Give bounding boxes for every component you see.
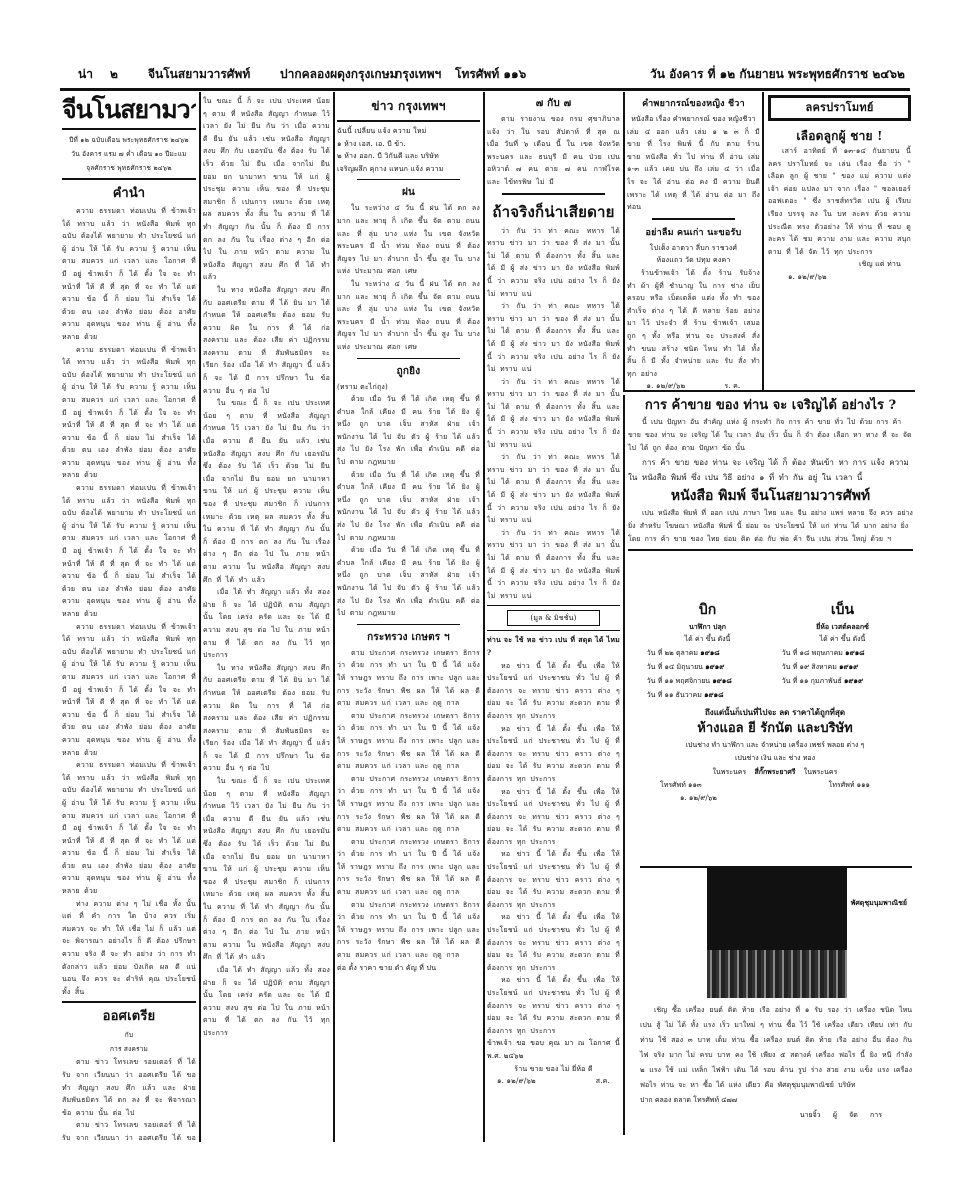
row-label: วัน ที่ ๑๘ พฤษภาคม	[782, 649, 843, 657]
sign-title: ผู้ จัด การ	[833, 1111, 882, 1119]
ad-old-friend-sub: โปเต็ง อาตวา ลี่บก ราชวงศ์	[627, 242, 760, 255]
shot-title: ถูกยิง	[337, 363, 480, 381]
engine-body: เชิญ ซื้อ เครื่อง ยนต์ ติด ท้าย เรือ อย่…	[640, 1003, 912, 1093]
shop-phones: โทรศัพท์ ๑๑๓ โทรศัพท์ ๑๑๑	[640, 779, 910, 792]
austria-title: ออศเตรีย	[62, 1006, 196, 1028]
column-bangkok-news: ข่าว กรุงเทพฯ ฉันนี้ เปลี่ยน แจ้ง ความ ใ…	[337, 95, 480, 1135]
bangkok-news-title: ข่าว กรุงเทพฯ	[337, 95, 480, 117]
regret-body: ว่า กัน ว่า ท่า คณะ ทหาร ได้ ทราบ ข่าว ม…	[487, 225, 620, 301]
ministry-title: กระทรวง เกษตร ฯ	[337, 629, 480, 647]
shot-body: ด้วย เมื่อ วัน ที่ ได้ เกิด เหตุ ขึ้น ที…	[337, 393, 480, 469]
trade-body: เปน หนังสือ พิมพ์ ที่ ออก เปน ภาษา ไทย แ…	[628, 507, 913, 546]
row-label: วัน ที่ ๑๑ พฤศจิกายน	[647, 677, 710, 685]
header-telephone: โทรศัพท์ ๑๑๖	[455, 65, 526, 84]
header-paper-name: จีนโนสยามวารศัพท์	[148, 65, 250, 84]
footer-line: ข้าพเจ้า ขอ ขอบ คุณ มา ณ โอกาศ นี้ พ.ศ. …	[487, 1037, 620, 1062]
theatre-body: เสาร์ อาทิตย์ ที่ ๑๓-๑๔ กันยายน นี้ ลคร …	[768, 145, 911, 258]
rain-body: ใน ระหว่าง ๔ วัน นี้ ฝน ได้ ตก ลง มาก แล…	[337, 202, 480, 278]
masthead-line: ปีที่ ๑๒ ฉบับเดือน พระพุทธศักราช ๒๔๖๒	[62, 133, 196, 147]
shot-intro: (ทราม ตะไก่ถุง)	[337, 381, 480, 394]
article-body: เมื่อ ได้ ทำ สัญญา แล้ว ทั้ง สอง ฝ่าย ก็…	[203, 964, 330, 1040]
editorial-body: ความ ธรรมดา ท่อมเปน ที่ ข้าพเจ้า ได้ ทรา…	[62, 344, 196, 483]
divider	[652, 218, 735, 220]
shop-location: ในพระนคร สี่กั๊กพระยาศรี ในพระนคร	[640, 765, 910, 779]
editorial-body-2: ท่าง ความ ต่าง ๆ ไม่ เชื่อ ทั้ง นั้น แต่…	[62, 898, 196, 999]
divider	[357, 358, 460, 359]
page-label: น่า	[78, 65, 93, 84]
location-right: ในพระนคร	[804, 768, 838, 776]
footer-code: ส.ค.	[596, 1075, 610, 1088]
clock-advertisement: บิก เบ็น นาฬิกา ปลุก ยี่ห้อ เวสต์คลอกซ์ …	[640, 600, 910, 805]
austria-sub2: การ สงคราม	[62, 1042, 196, 1056]
regret-body: ว่า กัน ว่า ท่า คณะ ทหาร ได้ ทราบ ข่าว ม…	[487, 451, 620, 527]
engine-address: ปาก คลอง ตลาด โทรศัพท์ ๔๗๗	[640, 1093, 912, 1108]
rain-body: ใน ระหว่าง ๔ วัน นี้ ฝน ได้ ตก ลง มาก แล…	[337, 278, 480, 354]
ministry-body: ตาม ประกาศ กระทรวง เกษตรา ธิการ ว่า ด้วย…	[337, 710, 480, 773]
row-label: วัน ที่ ๑๑ ธันวาคม	[647, 691, 702, 699]
clock-right-list: วัน ที่ ๑๘ พฤษภาคม ๑๙๑๘ วัน ที่ ๑๙ สิงหา…	[782, 646, 904, 702]
trade-advertisement: การ ค้าขาย ของ ท่าน จะ เจริญได้ อย่างไร …	[628, 396, 913, 554]
clock-right-name: เบ็น	[782, 600, 904, 620]
theatre-headline: เลือดลูกผู้ ชาย !	[768, 127, 911, 145]
clock-names: บิก เบ็น	[640, 600, 910, 620]
headline-regret: ถ้าจริงก็น่าเสียดาย	[487, 199, 620, 225]
divider	[628, 549, 913, 551]
prophecy-title: คำพยากรณ์ของหญิง ชีวา	[627, 95, 760, 113]
seven-title: ๗ กับ ๗	[487, 95, 620, 113]
column-4: ๗ กับ ๗ ตาม รายงาน ของ กรม ศุขาภิบาล แจ้…	[487, 95, 620, 1140]
row-value: ๑๙๑๙	[705, 662, 724, 671]
theatre-sign: เชิญ แต่ ท่าน	[768, 258, 911, 271]
divider	[502, 193, 605, 195]
article-body: เมื่อ ได้ ทำ สัญญา แล้ว ทั้ง สอง ฝ่าย ก็…	[203, 586, 330, 662]
news-box-body: หอ ข่าว นี้ ได้ ตั้ง ขึ้น เพื่อ ให้ ประโ…	[487, 911, 620, 974]
list-item: วัน ที่ ๑๙ สิงหาคม ๑๙๑๙	[782, 660, 904, 674]
austria-sub: กับ	[62, 1028, 196, 1042]
location-left: ในพระนคร	[713, 768, 747, 776]
shop-date: ๑. ๑๒/๙/๖๒	[640, 792, 910, 805]
divider	[62, 178, 196, 180]
article-body: ใน ขณะ นี้ ก็ จะ เปน ประเทศ น้อย ๆ ตาม ท…	[203, 95, 330, 284]
clock-left-list: วัน ที่ ๒๒ ตุลาคม ๑๙๑๘ วัน ที่ ๑๔ มิถุนา…	[647, 646, 769, 702]
ad-date: ๑. ๑๒/๙/๖๒	[647, 380, 686, 390]
ministry-body: ตาม ประกาศ กระทรวง เกษตรา ธิการ ว่า ด้วย…	[337, 836, 480, 899]
clock-rows: วัน ที่ ๒๒ ตุลาคม ๑๙๑๘ วัน ที่ ๑๔ มิถุนา…	[640, 646, 910, 702]
clock-subs: นาฬิกา ปลุก ยี่ห้อ เวสต์คลอกซ์	[640, 620, 910, 633]
header-date: วัน อังคาร ที่ ๑๒ กันยายน พระพุทธศักราช …	[650, 65, 905, 84]
rain-title: ฝน	[337, 184, 480, 202]
prophecy-sub: หนังสือ เรื่อง คำพยากรณ์ ของ หญิงชีวา	[627, 113, 760, 126]
austria-body: ตาม ข่าว โทรเลข รอยเตอร์ ที่ ได้ รับ จาก…	[62, 1119, 196, 1145]
row-label: วัน ที่ ๑๔ มิถุนายน	[647, 663, 703, 671]
phone-right: โทรศัพท์ ๑๑๑	[829, 779, 870, 792]
clock-right-sub: ยี่ห้อ เวสต์คลอกซ์	[782, 620, 904, 633]
regret-body: ว่า กัน ว่า ท่า คณะ ทหาร ได้ ทราบ ข่าว ม…	[487, 376, 620, 452]
trade-paper-name: หนังสือ พิมพ์ จีนโนสยามวารศัพท์	[628, 485, 913, 507]
trade-body: การ ค้า ขาย ของ ท่าน จะ เจริญ ได้ ก็ ต้อ…	[628, 455, 913, 485]
shot-body: ด้วย เมื่อ วัน ที่ ได้ เกิด เหตุ ขึ้น ที…	[337, 469, 480, 545]
ad-old-friend-body: ร้านข้าพเจ้า ได้ ตั้ง ร้าน รับจ้าง ทำ ผ้…	[627, 267, 760, 380]
masthead-title: จีนโนสยามวารศัพท์	[62, 95, 196, 125]
news-box-title: (มูล & มิชชั่น)	[507, 610, 600, 626]
row-value: ๑๙๑๙	[844, 676, 863, 685]
trade-body: นี้ เปน ปัญหา อัน สำคัญ แห่ง ผู้ กระทำ ก…	[628, 416, 913, 455]
clock-right-note: ได้ ค่า ขึ้น ดังนี้	[782, 633, 904, 646]
header-city: กรุงเทพฯ	[395, 65, 441, 84]
row-value: ๑๙๑๙	[839, 662, 858, 671]
clock-left-note: ได้ ค่า ขึ้น ดังนี้	[647, 633, 769, 646]
footer-meta: ๑. ๑๒/๙/๖๒ ส.ค.	[487, 1075, 620, 1088]
location-mid: สี่กั๊กพระยาศรี	[754, 767, 795, 776]
clock-left-sub: นาฬิกา ปลุก	[647, 620, 769, 633]
news-box-body: หอ ข่าว นี้ ได้ ตั้ง ขึ้น เพื่อ ให้ ประโ…	[487, 786, 620, 849]
austria-body: ตาม ข่าว โทรเลข รอยเตอร์ ที่ ได้ รับ จาก…	[62, 1056, 196, 1119]
list-item: วัน ที่ ๑๔ มิถุนายน ๑๙๑๙	[647, 660, 769, 674]
shop-desc: เปนช่าง ทำ นาฬิกา และ จำหน่าย เครื่อง เพ…	[640, 739, 910, 752]
theatre-box-title: ลครปราโมทย์	[768, 95, 911, 121]
divider	[62, 128, 196, 130]
editorial-title: คำนำ	[62, 183, 196, 205]
news-box-body: หอ ข่าว นี้ ได้ ตั้ง ขึ้น เพื่อ ให้ ประโ…	[487, 660, 620, 723]
footer-date: ๑. ๑๒/๙/๖๒	[497, 1075, 536, 1088]
masthead-line: วัน อังคาร แรม ๗ ค่ำ เดือน ๑๐ ปีมะแม	[62, 147, 196, 161]
page-number: ๒	[110, 65, 118, 84]
notice-line: ๑ ห้าง เอส. เอ. บี ข้า.	[337, 138, 480, 151]
column-divider	[483, 92, 485, 1142]
column-divider	[199, 92, 201, 1142]
article-body: ใน ทาง หนังสือ สัญญา สงบ ศึก กับ ออศเตรี…	[203, 662, 330, 775]
editorial-body: ความ ธรรมดา ท่อมเปน ที่ ข้าพเจ้า ได้ ทรา…	[62, 205, 196, 344]
article-body: ใน ขณะ นี้ ก็ จะ เปน ประเทศ น้อย ๆ ตาม ท…	[203, 397, 330, 586]
editorial-body: ความ ธรรมดา ท่อมเปน ที่ ข้าพเจ้า ได้ ทรา…	[62, 621, 196, 760]
ministry-body: ตาม ประกาศ กระทรวง เกษตรา ธิการ ว่า ด้วย…	[337, 773, 480, 836]
ministry-body: ตาม ประกาศ กระทรวง เกษตรา ธิการ ว่า ด้วย…	[337, 647, 480, 710]
column-divider	[333, 92, 335, 1142]
editorial-body: ความ ธรรมดา ท่อมเปน ที่ ข้าพเจ้า ได้ ทรา…	[62, 759, 196, 898]
divider	[62, 1001, 196, 1003]
sign-name: นายจิ้ว	[800, 1111, 821, 1119]
regret-body: ว่า กัน ว่า ท่า คณะ ทหาร ได้ ทราบ ข่าว ม…	[487, 527, 620, 603]
article-body: ใน ขณะ นี้ ก็ จะ เปน ประเทศ น้อย ๆ ตาม ท…	[203, 775, 330, 964]
clock-tagline: ถึงแต่นั้นก็เปนที่ไปจะ ลด ราคาได้ถูกที่ส…	[640, 706, 910, 719]
shot-body: ด้วย เมื่อ วัน ที่ ได้ เกิด เหตุ ขึ้น ที…	[337, 544, 480, 620]
column-masthead: จีนโนสยามวารศัพท์ ปีที่ ๑๒ ฉบับเดือน พระ…	[62, 95, 196, 1145]
trade-headline: การ ค้าขาย ของ ท่าน จะ เจริญได้ อย่างไร …	[628, 396, 913, 416]
photo-boat	[707, 950, 847, 998]
notice-line: ฉันนี้ เปลี่ยน แจ้ง ความ ใหม่	[337, 125, 480, 138]
list-item: วัน ที่ ๑๑ พฤศจิกายน ๑๙๑๘	[647, 674, 769, 688]
seven-body: ตาม รายงาน ของ กรม ศุขาภิบาล แจ้ง ว่า ใน…	[487, 113, 620, 189]
notice-line: ๒ ห้าง ออก. บี วิกันดี และ บริษัท	[337, 150, 480, 163]
list-item: วัน ที่ ๑๘ พฤษภาคม ๑๙๑๘	[782, 646, 904, 660]
ad-old-friend-sub: ห้องแถว วัด ปทุม คงคา	[627, 254, 760, 267]
row-label: วัน ที่ ๒๒ ตุลาคม	[647, 649, 698, 657]
column-divider	[762, 92, 764, 392]
row-label: วัน ที่ ๑๑ กุมภาพันธ์	[782, 677, 842, 685]
engine-signature: นายจิ้ว ผู้ จัด การ	[640, 1108, 912, 1123]
divider	[625, 390, 915, 392]
engine-photo: พัศดุชุมนุมพาณิชย์	[707, 868, 847, 998]
list-item: วัน ที่ ๑๑ กุมภาพันธ์ ๑๙๑๙	[782, 674, 904, 688]
row-label: วัน ที่ ๑๙ สิงหาคม	[782, 663, 837, 671]
divider	[357, 624, 460, 625]
clock-left-name: บิก	[647, 600, 769, 620]
list-item: วัน ที่ ๒๒ ตุลาคม ๑๙๑๘	[647, 646, 769, 660]
editorial-body: ความ ธรรมดา ท่อมเปน ที่ ข้าพเจ้า ได้ ทรา…	[62, 482, 196, 621]
column-footer: ต่อ ตั้ง ราคา ขาย ดำ คัญ ที่ ปน	[337, 962, 480, 975]
column-prophecy: คำพยากรณ์ของหญิง ชีวา หนังสือ เรื่อง คำพ…	[627, 95, 760, 390]
news-box-body: หอ ข่าว นี้ ได้ ตั้ง ขึ้น เพื่อ ให้ ประโ…	[487, 723, 620, 786]
theatre-date: ๑. ๑๒/๙/๖๒	[768, 271, 911, 284]
prophecy-body: เล่ม ๔ ออก แล้ว เล่ม ๑ ๒ ๓ ก็ มี ขาย ที่…	[627, 126, 760, 214]
divider	[337, 120, 480, 122]
masthead-line: จุลศักราช พุทธศักราช ๒๔๖๒	[62, 161, 196, 175]
row-value: ๑๙๑๘	[712, 676, 731, 685]
shop-name: ห้างแอล ยี รักนัต และบริษัท	[640, 719, 910, 739]
row-value: ๑๙๑๘	[845, 648, 864, 657]
header-address: ปากคลองผดุงกรุงเกษม	[280, 65, 398, 84]
header-rule	[60, 88, 910, 91]
news-box-headline: ท่าน จะ ใช้ หอ ข่าว เปน ที่ สดุด ได้ ไหม…	[487, 634, 620, 659]
photo-label: พัศดุชุมนุมพาณิชย์	[851, 898, 907, 909]
page-header: น่า ๒ จีนโนสยามวารศัพท์ ปากคลองผดุงกรุงเ…	[60, 62, 900, 84]
ad-old-friend-meta: ๑. ๑๒/๙/๖๒ ร. ค.	[627, 380, 760, 390]
news-box-body: หอ ข่าว นี้ ได้ ตั้ง ขึ้น เพื่อ ให้ ประโ…	[487, 974, 620, 1037]
divider	[357, 179, 460, 180]
column-divider	[623, 92, 625, 392]
regret-body: ว่า กัน ว่า ท่า คณะ ทหาร ได้ ทราบ ข่าว ม…	[487, 300, 620, 376]
phone-left: โทรศัพท์ ๑๑๓	[660, 779, 702, 792]
news-box-body: หอ ข่าว นี้ ได้ ตั้ง ขึ้น เพื่อ ให้ ประโ…	[487, 848, 620, 911]
clock-notes: ได้ ค่า ขึ้น ดังนี้ ได้ ค่า ขึ้น ดังนี้	[640, 633, 910, 646]
ad-old-friend-title: อย่าลืม คนเก่า นะขอรับ	[627, 224, 760, 242]
list-item: วัน ที่ ๑๑ ธันวาคม ๑๙๑๘	[647, 688, 769, 702]
divider	[487, 630, 620, 631]
footer-sign: ร้าน ขาย ของ ไม่ ยี่ห้อ ดี	[487, 1063, 620, 1076]
ministry-body: ตาม ประกาศ กระทรวง เกษตรา ธิการ ว่า ด้วย…	[337, 899, 480, 962]
ad-code: ร. ค.	[724, 380, 740, 390]
shop-desc: เปนช่าง เงิน และ ช่าง ทอง	[640, 752, 910, 765]
column-theatre: ลครปราโมทย์ เลือดลูกผู้ ชาย ! เสาร์ อาทิ…	[768, 95, 911, 390]
column-2: ใน ขณะ นี้ ก็ จะ เปน ประเทศ น้อย ๆ ตาม ท…	[203, 95, 330, 1135]
row-value: ๑๙๑๘	[700, 648, 719, 657]
engine-advertisement: เชิญ ซื้อ เครื่อง ยนต์ ติด ท้าย เรือ อย่…	[640, 1003, 912, 1123]
article-body: ใน ทาง หนังสือ สัญญา สงบ ศึก กับ ออศเตรี…	[203, 284, 330, 397]
row-value: ๑๙๑๘	[704, 690, 723, 699]
column-divider	[623, 395, 625, 1135]
notice-line: เจริญผลึก คุกาง แทนก แจ้ง ความ	[337, 163, 480, 176]
divider	[487, 605, 620, 606]
